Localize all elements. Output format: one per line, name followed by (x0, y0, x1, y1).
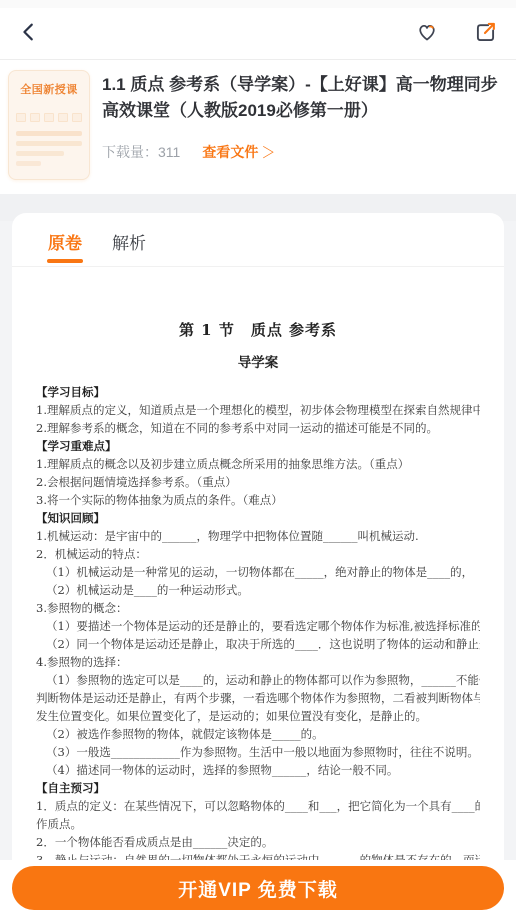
doc-line: （1）要描述一个物体是运动的还是静止的，要看选定哪个物体作为标准,被选择标准的物… (36, 617, 480, 635)
navbar-actions (411, 16, 502, 52)
doc-line: 3．静止与运动：自然界的一切物体都处于永恒的运动中，_____的物体是不存在的，… (36, 851, 480, 860)
doc-line: 【学习重难点】 (36, 437, 480, 455)
thumbnail-placeholder-squares (16, 113, 82, 122)
document-thumbnail[interactable]: 全国新授课 (8, 70, 90, 180)
doc-line: 判断物体是运动还是静止，有两个步骤，一看选哪个物体作为参照物，二看被判断物体与参… (36, 689, 480, 707)
doc-line: 【学习目标】 (36, 383, 480, 401)
doc-line: 发生位置变化。如果位置变化了，是运动的；如果位置没有变化，是静止的。 (36, 707, 480, 725)
doc-line: 1.理解质点的定义，知道质点是一个理想化的模型，初步体会物理模型在探索自然规律中… (36, 401, 480, 419)
status-bar-strip (0, 0, 516, 8)
share-icon (473, 20, 498, 48)
thumbnail-placeholder-lines (16, 131, 82, 166)
doc-line: 1．质点的定义：在某些情况下，可以忽略物体的____和___，把它简化为一个具有… (36, 797, 480, 815)
doc-line: 【知识回顾】 (36, 509, 480, 527)
tab-bar: 原卷 解析 (12, 213, 504, 267)
doc-line: （1）参照物的选定可以是____的，运动和静止的物体都可以作为参照物，_____… (36, 671, 480, 689)
document-preview[interactable]: 第 1 节 质点 参考系 导学案 【学习目标】1.理解质点的定义，知道质点是一个… (12, 267, 504, 860)
doc-line: 3.参照物的概念： (36, 599, 480, 617)
share-button[interactable] (469, 16, 502, 52)
screen: 全国新授课 1.1 质点 参考系（导学案）-【上好课】高一物理同步高效课堂（人教… (0, 0, 516, 915)
bottom-bar: 开通VIP 免费下载 (0, 860, 516, 915)
doc-line: 【自主预习】 (36, 779, 480, 797)
thumbnail-badge: 全国新授课 (16, 81, 82, 97)
chevron-right-icon: ＞ (261, 141, 275, 164)
content-card: 原卷 解析 第 1 节 质点 参考系 导学案 【学习目标】1.理解质点的定义，知… (12, 213, 504, 860)
doc-line: 1.理解质点的概念以及初步建立质点概念所采用的抽象思维方法。（重点） (36, 455, 480, 473)
doc-line: 2.会根据问题情境选择参考系。（重点） (36, 473, 480, 491)
doc-subtitle: 导学案 (36, 351, 480, 371)
favorite-button[interactable] (411, 16, 443, 51)
doc-line: （2）同一个物体是运动还是静止，取决于所选的____．这也说明了物体的运动和静止… (36, 635, 480, 653)
doc-line: 2．机械运动的特点： (36, 545, 480, 563)
header-info: 1.1 质点 参考系（导学案）-【上好课】高一物理同步高效课堂（人教版2019必… (102, 70, 506, 180)
doc-line: 作质点。 (36, 815, 480, 833)
doc-line: （2）机械运动是____的一种运动形式。 (36, 581, 480, 599)
tab-original[interactable]: 原卷 (48, 229, 82, 266)
meta-row: 下载量：311 查看文件 ＞ (102, 142, 506, 162)
chevron-left-icon (18, 21, 40, 46)
doc-line: 3.将一个实际的物体抽象为质点的条件。（难点） (36, 491, 480, 509)
active-tab-underline (47, 259, 83, 263)
downloads-count: 下载量：311 (102, 142, 180, 162)
top-navbar (0, 8, 516, 60)
doc-line: 2．一个物体能否看成质点是由______决定的。 (36, 833, 480, 851)
doc-line: 2.理解参考系的概念，知道在不同的参考系中对同一运动的描述可能是不同的。 (36, 419, 480, 437)
doc-line: 4.参照物的选择： (36, 653, 480, 671)
doc-body: 【学习目标】1.理解质点的定义，知道质点是一个理想化的模型，初步体会物理模型在探… (36, 383, 480, 860)
doc-line: 1.机械运动：是宇宙中的______，物理学中把物体位置随______叫机械运动… (36, 527, 480, 545)
tab-analysis[interactable]: 解析 (112, 229, 146, 266)
view-file-link[interactable]: 查看文件 ＞ (202, 142, 275, 162)
doc-line: （3）一般选____________作为参照物。生活中一般以地面为参照物时，往往… (36, 743, 480, 761)
vip-download-button[interactable]: 开通VIP 免费下载 (12, 866, 504, 910)
document-header: 全国新授课 1.1 质点 参考系（导学案）-【上好课】高一物理同步高效课堂（人教… (0, 60, 516, 194)
doc-section-title: 第 1 节 质点 参考系 (36, 319, 480, 340)
doc-line: （2）被选作参照物的物体，就假定该物体是_____的。 (36, 725, 480, 743)
heart-icon (415, 20, 439, 47)
back-button[interactable] (14, 17, 44, 50)
doc-line: （1）机械运动是一种常见的运动，一切物体都在_____，绝对静止的物体是____… (36, 563, 480, 581)
doc-line: （4）描述同一物体的运动时，选择的参照物______，结论一般不同。 (36, 761, 480, 779)
page-title: 1.1 质点 参考系（导学案）-【上好课】高一物理同步高效课堂（人教版2019必… (102, 72, 506, 124)
